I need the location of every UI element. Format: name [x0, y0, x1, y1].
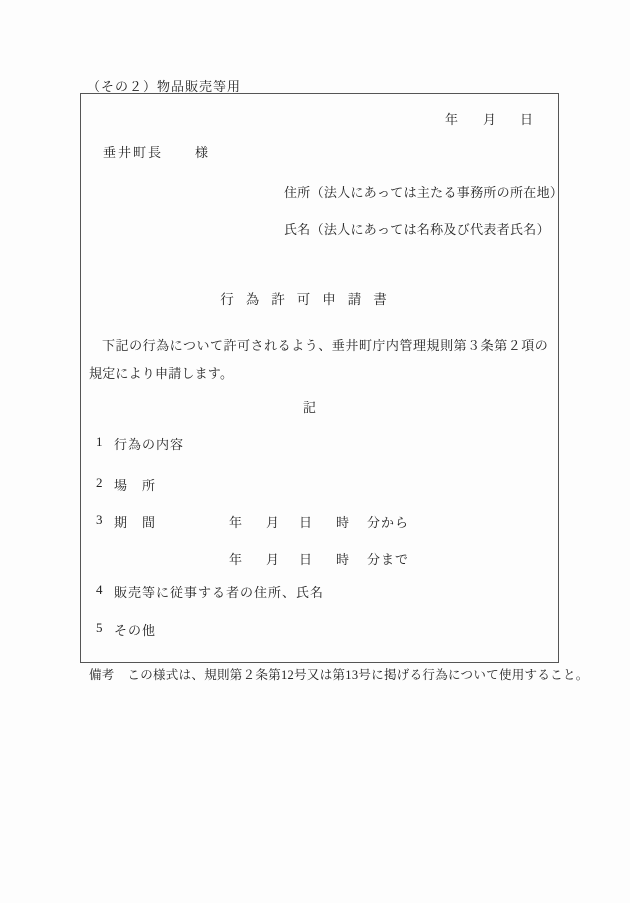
- period-from-day-label: 日: [299, 512, 312, 531]
- date-day-label: 日: [520, 109, 533, 128]
- applicant-address-label: 住所（法人にあっては主たる事務所の所在地）: [284, 182, 563, 201]
- period-to-hour-label: 時: [336, 549, 349, 568]
- applicant-address-line: 住所（法人にあっては主たる事務所の所在地）: [81, 182, 558, 200]
- remarks-note: 備考 この様式は、規則第２条第12号又は第13号に掲げる行為について使用すること…: [89, 665, 589, 683]
- period-to-day-label: 日: [299, 549, 312, 568]
- period-to-year-label: 年: [229, 549, 242, 568]
- period-from-minute-label: 分から: [367, 512, 409, 531]
- addressee-name: 垂井町長: [103, 142, 163, 161]
- period-to-month-label: 月: [266, 549, 279, 568]
- item-label: 行為の内容: [114, 434, 184, 453]
- item-row-sellers: 4 販売等に従事する者の住所、氏名: [81, 582, 558, 600]
- application-statement: 下記の行為について許可されるよう、垂井町庁内管理規則第３条第２項の規定により申請…: [89, 332, 548, 388]
- item-label: その他: [114, 620, 156, 639]
- applicant-name-label: 氏名（法人にあっては名称及び代表者氏名）: [284, 219, 550, 238]
- date-year-label: 年: [445, 109, 458, 128]
- addressee-honorific: 様: [195, 142, 208, 161]
- date-month-label: 月: [483, 109, 496, 128]
- item-row-period: 3 期 間 年 月 日 時 分から: [81, 512, 558, 530]
- item-label: 販売等に従事する者の住所、氏名: [114, 582, 324, 601]
- item-label: 場 所: [114, 475, 156, 494]
- period-from-month-label: 月: [266, 512, 279, 531]
- item-number: 1: [96, 434, 103, 450]
- item-row-contents: 1 行為の内容: [81, 434, 558, 452]
- period-to-minute-label: 分まで: [367, 549, 409, 568]
- itemization-marker: 記: [303, 400, 316, 415]
- applicant-name-line: 氏名（法人にあっては名称及び代表者氏名）: [81, 219, 558, 237]
- item-row-other: 5 その他: [81, 620, 558, 638]
- addressee-line: 垂井町長 様: [81, 142, 558, 160]
- item-number: 2: [96, 475, 103, 491]
- period-from-hour-label: 時: [336, 512, 349, 531]
- document-page: （その２）物品販売等用 年 月 日 垂井町長 様 住所（法人にあっては主たる事務…: [0, 0, 630, 903]
- item-number: 3: [96, 512, 103, 528]
- application-form-box: 年 月 日 垂井町長 様 住所（法人にあっては主たる事務所の所在地） 氏名（法人…: [80, 93, 559, 663]
- period-from-year-label: 年: [229, 512, 242, 531]
- form-title: 行為許可申請書: [220, 292, 399, 307]
- itemization-marker-line: 記: [81, 397, 558, 415]
- item-label: 期 間: [114, 512, 156, 531]
- date-line: 年 月 日: [81, 109, 558, 127]
- item-row-place: 2 場 所: [81, 475, 558, 493]
- item-number: 4: [96, 582, 103, 598]
- item-number: 5: [96, 620, 103, 636]
- period-to-line: 年 月 日 時 分まで: [81, 549, 558, 567]
- form-title-line: 行為許可申請書: [81, 288, 558, 308]
